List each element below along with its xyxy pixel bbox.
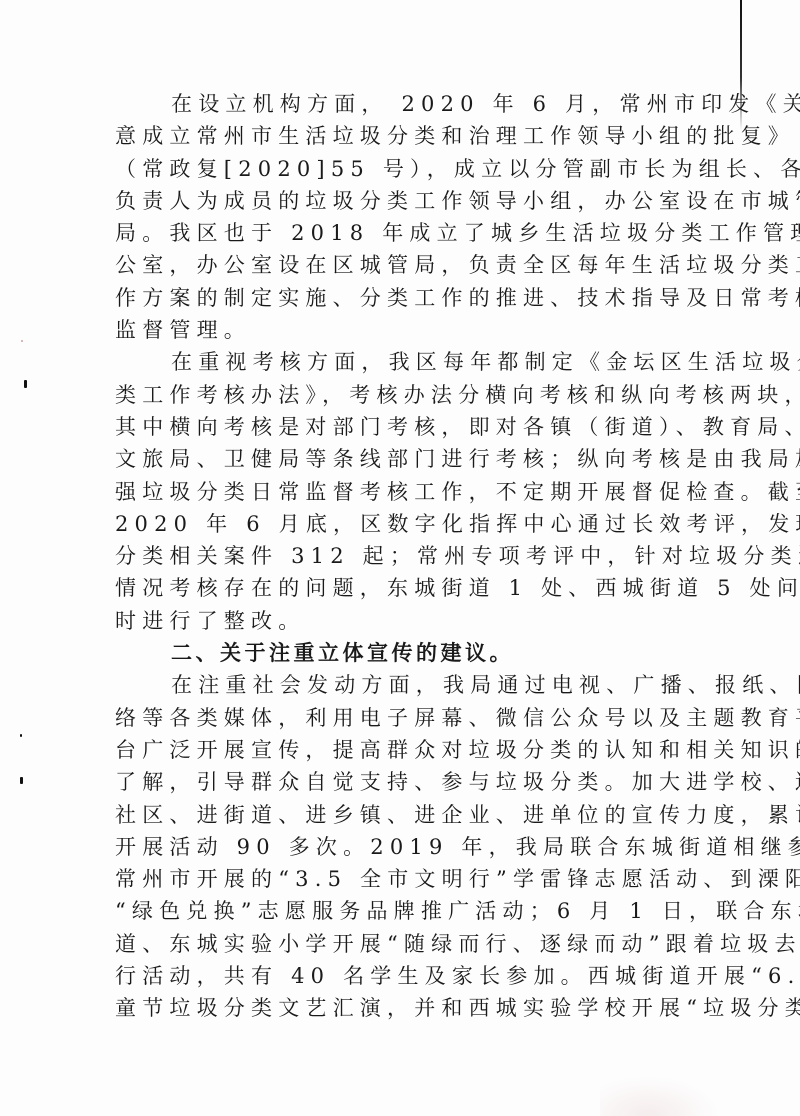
document-body: 在设立机构方面， 2020 年 6 月，常州市印发《关于同 意成立常州市生活垃圾… — [115, 88, 687, 1025]
section-heading: 二、关于注重立体宣传的建议。 — [115, 637, 687, 669]
text-line: （常政复[2020]55 号），成立以分管副市长为组长、各部门 — [115, 153, 687, 185]
text-line: 了解，引导群众自觉支持、参与垃圾分类。加大进学校、进 — [115, 766, 687, 798]
text-line: 络等各类媒体，利用电子屏幕、微信公众号以及主题教育平 — [115, 702, 687, 734]
text-line: 2020 年 6 月底，区数字化指挥中心通过长效考评，发现垃圾 — [115, 508, 687, 540]
text-line: 情况考核存在的问题，东城街道 1 处、西城街道 5 处问题及 — [115, 572, 687, 604]
scanned-page: 在设立机构方面， 2020 年 6 月，常州市印发《关于同 意成立常州市生活垃圾… — [0, 0, 800, 1116]
text-line: 作方案的制定实施、分类工作的推进、技术指导及日常考核 — [115, 282, 687, 314]
text-line: 分类相关案件 312 起；常州专项考评中，针对垃圾分类运行 — [115, 540, 687, 572]
text-line: 台广泛开展宣传，提高群众对垃圾分类的认知和相关知识的 — [115, 734, 687, 766]
text-line: 常州市开展的“3.5 全市文明行”学雷锋志愿活动、到溧阳进行 — [115, 863, 687, 895]
text-line: 负责人为成员的垃圾分类工作领导小组，办公室设在市城管 — [115, 185, 687, 217]
text-line: 文旅局、卫健局等条线部门进行考核；纵向考核是由我局加 — [115, 443, 687, 475]
text-line: 在重视考核方面，我区每年都制定《金坛区生活垃圾分 — [115, 346, 687, 378]
text-line: 童节垃圾分类文艺汇演，并和西城实验学校开展“垃圾分类小 — [115, 992, 687, 1024]
margin-mark — [21, 340, 23, 342]
text-line: “绿色兑换”志愿服务品牌推广活动；6 月 1 日，联合东城街 — [115, 895, 687, 927]
scan-smudge — [600, 1076, 720, 1116]
margin-mark — [24, 380, 27, 388]
text-line: 社区、进街道、进乡镇、进企业、进单位的宣传力度，累计 — [115, 799, 687, 831]
text-line: 在设立机构方面， 2020 年 6 月，常州市印发《关于同 — [115, 88, 687, 120]
text-line: 时进行了整改。 — [115, 605, 687, 637]
text-line: 强垃圾分类日常监督考核工作，不定期开展督促检查。截至 — [115, 476, 687, 508]
text-line: 局。我区也于 2018 年成立了城乡生活垃圾分类工作管理办 — [115, 217, 687, 249]
margin-mark — [20, 734, 22, 737]
text-line: 意成立常州市生活垃圾分类和治理工作领导小组的批复》 — [115, 120, 687, 152]
text-line: 在注重社会发动方面，我局通过电视、广播、报纸、网 — [115, 669, 687, 701]
text-line: 道、东城实验小学开展“随绿而行、逐绿而动”跟着垃圾去旅 — [115, 928, 687, 960]
heading-text: 二、关于注重立体宣传的建议。 — [115, 637, 687, 669]
text-line: 行活动，共有 40 名学生及家长参加。西城街道开展“6.1”儿 — [115, 960, 687, 992]
text-line: 其中横向考核是对部门考核，即对各镇（街道）、教育局、 — [115, 411, 687, 443]
paragraph-establishment: 在设立机构方面， 2020 年 6 月，常州市印发《关于同 意成立常州市生活垃圾… — [115, 88, 687, 346]
text-line: 开展活动 90 多次。2019 年，我局联合东城街道相继参加了 — [115, 831, 687, 863]
text-line: 类工作考核办法》，考核办法分横向考核和纵向考核两块， — [115, 379, 687, 411]
text-line: 监督管理。 — [115, 314, 687, 346]
text-line: 公室，办公室设在区城管局，负责全区每年生活垃圾分类工 — [115, 249, 687, 281]
margin-mark — [20, 777, 23, 784]
paragraph-publicity: 在注重社会发动方面，我局通过电视、广播、报纸、网 络等各类媒体，利用电子屏幕、微… — [115, 669, 687, 1024]
paragraph-assessment: 在重视考核方面，我区每年都制定《金坛区生活垃圾分 类工作考核办法》，考核办法分横… — [115, 346, 687, 637]
